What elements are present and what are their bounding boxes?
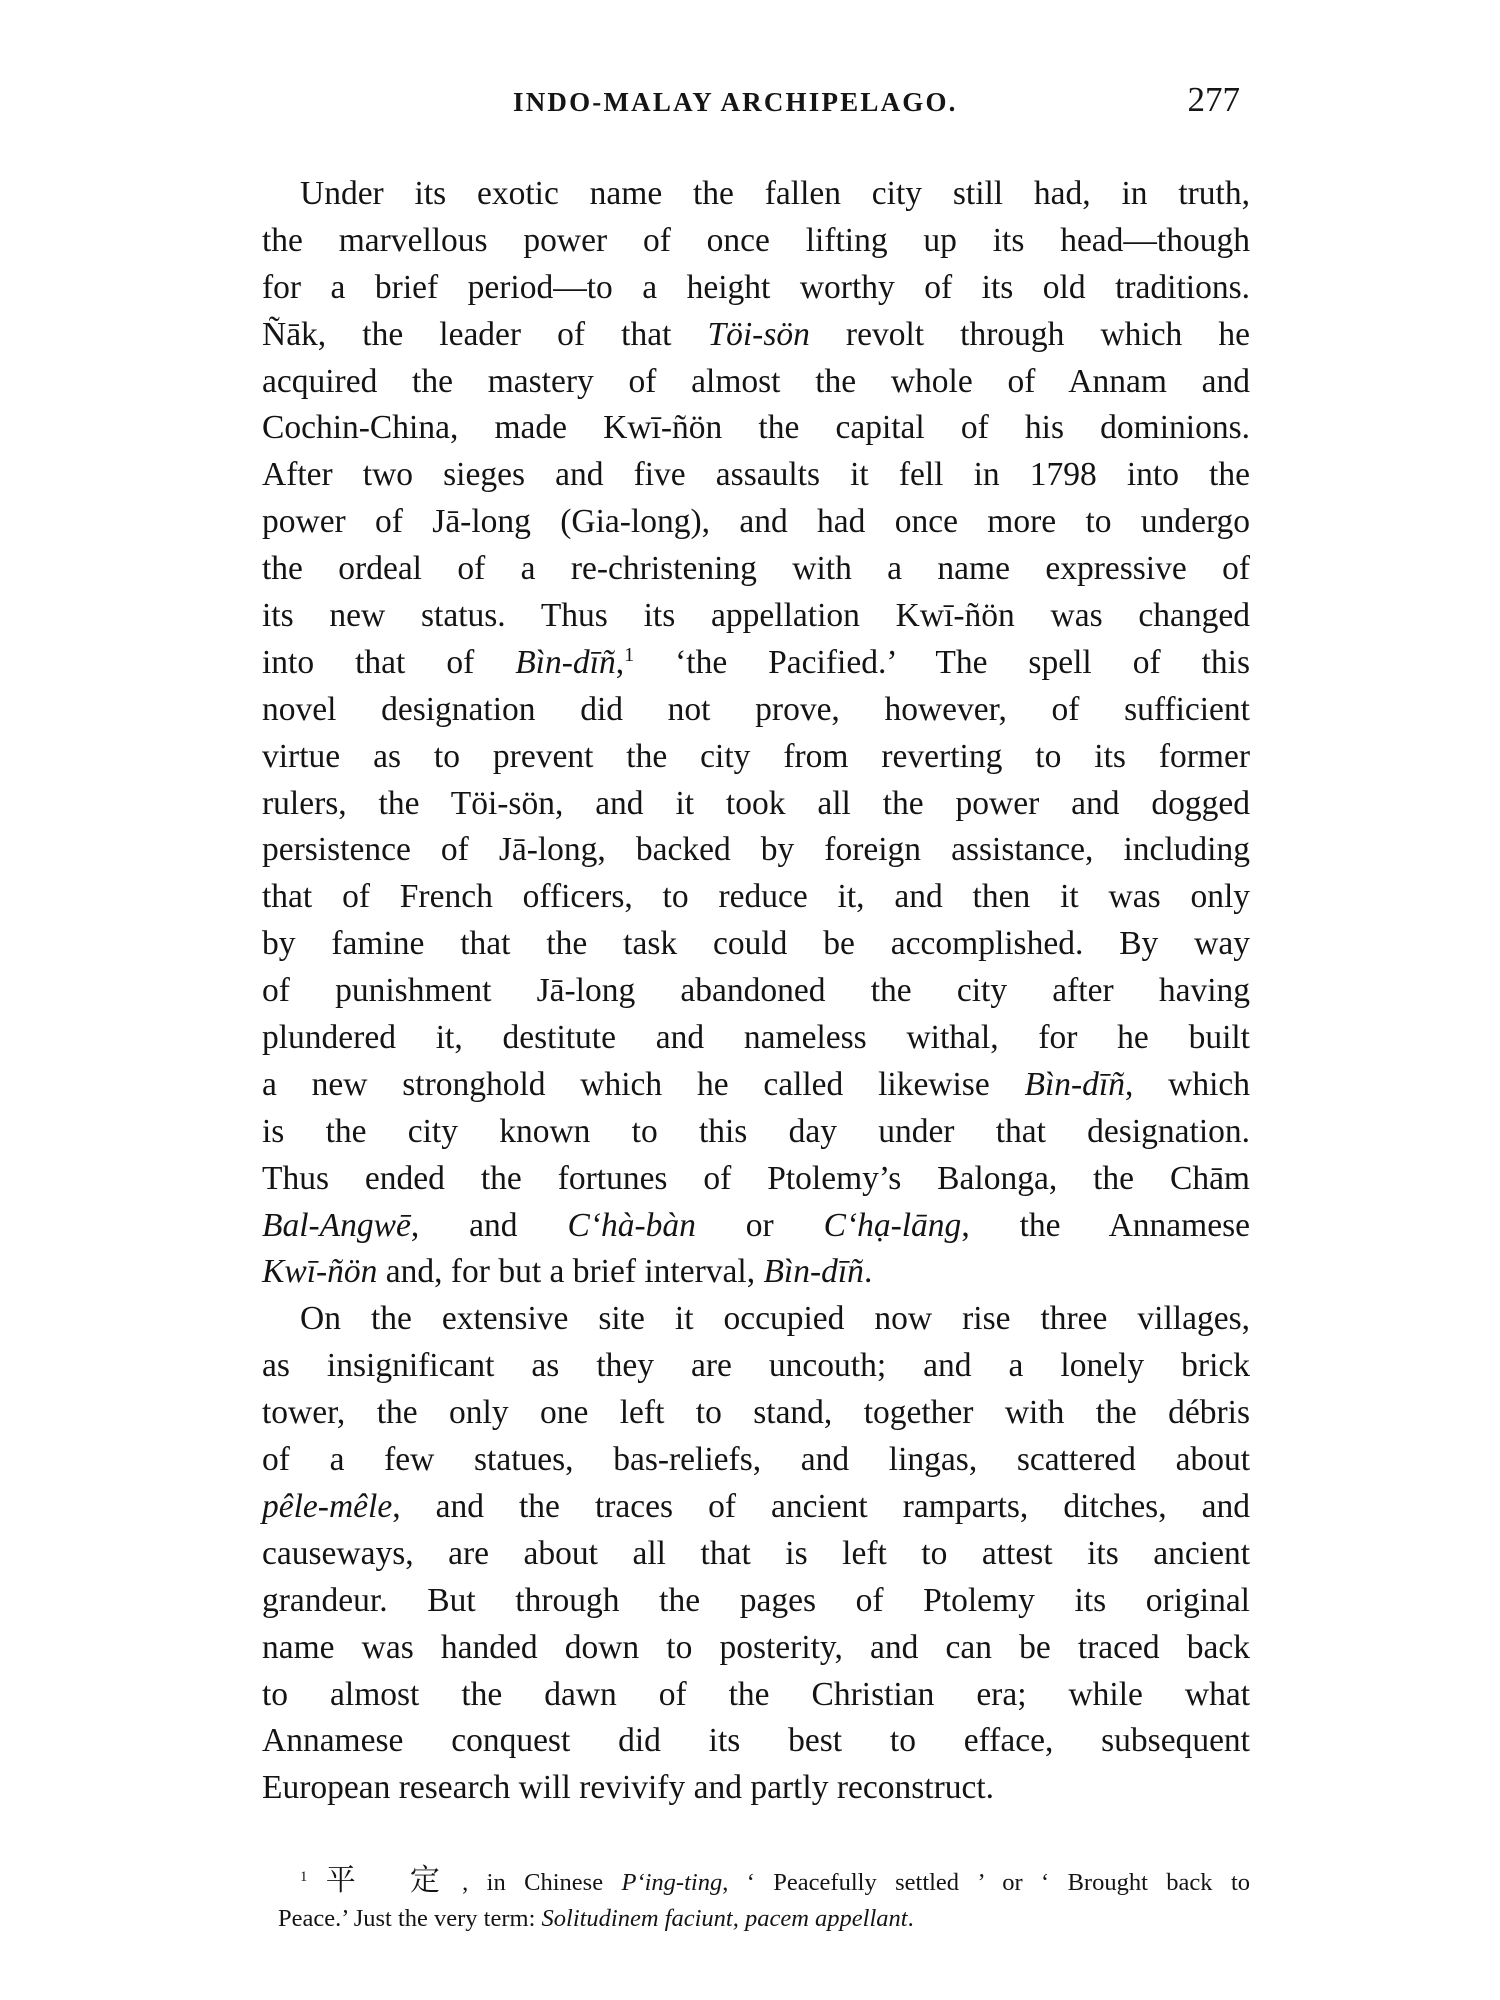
text-run: persistence of Jā-long, backed by foreig… xyxy=(262,831,1250,868)
footnote-text: . xyxy=(908,1905,914,1932)
text-line: Kwī-ñön and, for but a brief interval, B… xyxy=(262,1249,1250,1296)
body-text: Under its exotic name the fallen city st… xyxy=(262,171,1250,1812)
paragraph-2: On the extensive site it occupied now ri… xyxy=(262,1296,1250,1812)
text-run: , which xyxy=(1125,1066,1250,1103)
text-line: that of French officers, to reduce it, a… xyxy=(262,874,1250,921)
text-line: plundered it, destitute and nameless wit… xyxy=(262,1015,1250,1062)
text-run: of punishment Jā-long abandoned the city… xyxy=(262,972,1250,1009)
text-line: Ñāk, the leader of that Töi-sön revolt t… xyxy=(262,312,1250,359)
italic-term: Bìn-dīñ xyxy=(1025,1066,1125,1103)
text-run: of a few statues, bas-reliefs, and linga… xyxy=(262,1441,1250,1478)
text-line: novel designation did not prove, however… xyxy=(262,687,1250,734)
footnote-reference[interactable]: 1 xyxy=(624,644,634,666)
text-run: plundered it, destitute and nameless wit… xyxy=(262,1019,1250,1056)
text-line: by famine that the task could be accompl… xyxy=(262,921,1250,968)
text-run: Thus ended the fortunes of Ptolemy’s Bal… xyxy=(262,1160,1250,1197)
text-run: , xyxy=(616,644,624,681)
text-line: acquired the mastery of almost the whole… xyxy=(262,359,1250,406)
italic-term: Bìn-dīñ xyxy=(763,1253,863,1290)
text-run: revolt through which he xyxy=(810,316,1250,353)
text-run: that of French officers, to reduce it, a… xyxy=(262,878,1250,915)
text-run: causeways, are about all that is left to… xyxy=(262,1535,1250,1572)
text-run: into that of xyxy=(262,644,515,681)
footnote-line-1: 1 平 定, in Chinese P‘ing-ting, ‘ Peaceful… xyxy=(278,1862,1250,1900)
italic-term: Kwī-ñön xyxy=(262,1253,377,1290)
footnote: 1 平 定, in Chinese P‘ing-ting, ‘ Peaceful… xyxy=(278,1862,1250,1938)
text-run: its new status. Thus its appellation Kwī… xyxy=(262,597,1250,634)
footnote-text: , in Chinese xyxy=(462,1869,621,1896)
text-line: of punishment Jā-long abandoned the city… xyxy=(262,968,1250,1015)
text-run: Ñāk, the leader of that xyxy=(262,316,707,353)
text-run: name was handed down to posterity, and c… xyxy=(262,1629,1250,1666)
text-run: Cochin-China, made Kwī-ñön the capital o… xyxy=(262,409,1250,446)
text-run: , and xyxy=(411,1207,568,1244)
text-line: Thus ended the fortunes of Ptolemy’s Bal… xyxy=(262,1156,1250,1203)
text-line: name was handed down to posterity, and c… xyxy=(262,1625,1250,1672)
text-line: Bal-Angwē, and C‘hà-bàn or C‘hạ-lāng, th… xyxy=(262,1203,1250,1250)
text-line: pêle-mêle, and the traces of ancient ram… xyxy=(262,1484,1250,1531)
text-run: acquired the mastery of almost the whole… xyxy=(262,363,1250,400)
text-run: . xyxy=(864,1253,872,1290)
footnote-text: , ‘ Peacefully settled ’ or ‘ Brought ba… xyxy=(722,1869,1250,1896)
text-run: tower, the only one left to stand, toget… xyxy=(262,1394,1250,1431)
text-line: a new stronghold which he called likewis… xyxy=(262,1062,1250,1109)
text-run: the ordeal of a re-christening with a na… xyxy=(262,550,1250,587)
running-header: INDO-MALAY ARCHIPELAGO. 277 xyxy=(258,82,1250,122)
text-line: to almost the dawn of the Christian era;… xyxy=(262,1672,1250,1719)
text-line: for a brief period—to a height worthy of… xyxy=(262,265,1250,312)
text-line: On the extensive site it occupied now ri… xyxy=(262,1296,1250,1343)
italic-term: C‘hà-bàn xyxy=(567,1207,695,1244)
book-page: INDO-MALAY ARCHIPELAGO. 277 Under its ex… xyxy=(0,0,1500,2000)
text-line: Cochin-China, made Kwī-ñön the capital o… xyxy=(262,405,1250,452)
text-run: ‘the Pacified.’ The spell of this xyxy=(634,644,1250,681)
italic-term: Töi-sön xyxy=(707,316,809,353)
text-line: into that of Bìn-dīñ,1 ‘the Pacified.’ T… xyxy=(262,640,1250,687)
text-run: After two sieges and five assaults it fe… xyxy=(262,456,1250,493)
text-run: virtue as to prevent the city from rever… xyxy=(262,738,1250,775)
text-run: is the city known to this day under that… xyxy=(262,1113,1250,1150)
text-run: as insignificant as they are uncouth; an… xyxy=(262,1347,1250,1384)
footnote-text: Peace.’ Just the very term: xyxy=(278,1905,542,1932)
text-line: grandeur. But through the pages of Ptole… xyxy=(262,1578,1250,1625)
text-run: for a brief period—to a height worthy of… xyxy=(262,269,1250,306)
text-line: After two sieges and five assaults it fe… xyxy=(262,452,1250,499)
italic-term: C‘hạ-lāng xyxy=(824,1207,962,1244)
text-line: the marvellous power of once lifting up … xyxy=(262,218,1250,265)
text-run: power of Jā-long (Gia-long), and had onc… xyxy=(262,503,1250,540)
text-run: by famine that the task could be accompl… xyxy=(262,925,1250,962)
text-run: European research will revivify and part… xyxy=(262,1769,994,1806)
text-run: and, for but a brief interval, xyxy=(377,1253,763,1290)
text-run: rulers, the Töi-sön, and it took all the… xyxy=(262,785,1250,822)
text-line: Under its exotic name the fallen city st… xyxy=(262,171,1250,218)
text-run: the marvellous power of once lifting up … xyxy=(262,222,1250,259)
text-run: Annamese conquest did its best to efface… xyxy=(262,1722,1250,1759)
italic-term: Bìn-dīñ xyxy=(515,644,615,681)
text-run: On the extensive site it occupied now ri… xyxy=(300,1300,1250,1337)
footnote-italic-term: P‘ing-ting xyxy=(621,1869,722,1896)
text-run: , and the traces of ancient ramparts, di… xyxy=(392,1488,1250,1525)
text-line: of a few statues, bas-reliefs, and linga… xyxy=(262,1437,1250,1484)
text-line: virtue as to prevent the city from rever… xyxy=(262,734,1250,781)
text-run: Under its exotic name the fallen city st… xyxy=(300,175,1250,212)
text-line: its new status. Thus its appellation Kwī… xyxy=(262,593,1250,640)
footnote-line-2: Peace.’ Just the very term: Solitudinem … xyxy=(278,1900,1250,1938)
text-line: European research will revivify and part… xyxy=(262,1765,1250,1812)
text-line: power of Jā-long (Gia-long), and had onc… xyxy=(262,499,1250,546)
italic-term: Bal-Angwē xyxy=(262,1207,411,1244)
chinese-characters: 平 定 xyxy=(326,1863,462,1898)
text-line: rulers, the Töi-sön, and it took all the… xyxy=(262,781,1250,828)
text-run: novel designation did not prove, however… xyxy=(262,691,1250,728)
text-run: grandeur. But through the pages of Ptole… xyxy=(262,1582,1250,1619)
text-line: tower, the only one left to stand, toget… xyxy=(262,1390,1250,1437)
text-line: causeways, are about all that is left to… xyxy=(262,1531,1250,1578)
page-number: 277 xyxy=(1188,80,1241,120)
italic-term: pêle-mêle xyxy=(262,1488,392,1525)
running-title: INDO-MALAY ARCHIPELAGO. xyxy=(513,82,958,122)
text-run: or xyxy=(696,1207,824,1244)
text-line: the ordeal of a re-christening with a na… xyxy=(262,546,1250,593)
text-line: is the city known to this day under that… xyxy=(262,1109,1250,1156)
text-line: as insignificant as they are uncouth; an… xyxy=(262,1343,1250,1390)
text-run: , the Annamese xyxy=(961,1207,1250,1244)
text-line: persistence of Jā-long, backed by foreig… xyxy=(262,827,1250,874)
paragraph-1: Under its exotic name the fallen city st… xyxy=(262,171,1250,1296)
text-run: a new stronghold which he called likewis… xyxy=(262,1066,1025,1103)
text-run: to almost the dawn of the Christian era;… xyxy=(262,1676,1250,1713)
text-line: Annamese conquest did its best to efface… xyxy=(262,1718,1250,1765)
footnote-latin-quote: Solitudinem faciunt, pacem appellant xyxy=(542,1905,908,1932)
footnote-marker: 1 xyxy=(300,1869,307,1885)
